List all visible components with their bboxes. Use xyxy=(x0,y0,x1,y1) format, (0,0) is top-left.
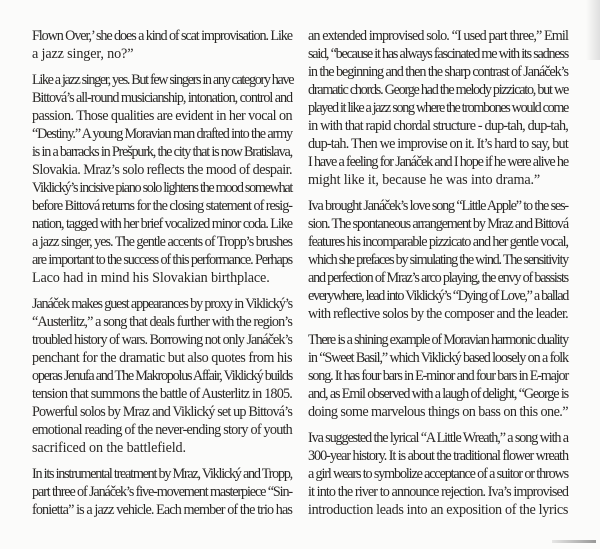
text-line: with reflective solos by the composer an… xyxy=(308,305,568,323)
text-line: played it like a jazz song where the tro… xyxy=(308,99,568,117)
text-line: sion. The spontaneous arrangement by Mra… xyxy=(308,215,568,233)
paragraph: Like a jazz singer, yes. But few singers… xyxy=(32,71,292,287)
text-line: and perfection of Mraz’s arco playing, t… xyxy=(308,269,568,287)
text-line: introduction leads into an exposition of… xyxy=(308,501,568,519)
paragraph: Iva suggested the lyrical “A Little Wrea… xyxy=(308,429,568,519)
text-line: song. It has four bars in E-minor and fo… xyxy=(308,367,568,385)
page-edge-shadow xyxy=(586,0,600,60)
text-line: fonietta” is a jazz vehicle. Each member… xyxy=(32,501,292,519)
text-line: troubled history of wars. Borrowing not … xyxy=(32,331,292,349)
text-line: dramatic chords. George had the melody p… xyxy=(308,81,568,99)
paragraph: There is a shining example of Moravian h… xyxy=(308,331,568,421)
text-line: There is a shining example of Moravian h… xyxy=(308,331,568,349)
text-line: Laco had in mind his Slovakian birthplac… xyxy=(32,269,292,287)
text-line: passion. Those qualities are evident in … xyxy=(32,107,292,125)
text-line: a jazz singer, yes. The gentle accents o… xyxy=(32,233,292,251)
text-line: Iva suggested the lyrical “A Little Wrea… xyxy=(308,429,568,447)
text-line: doing some marvelous things on bass on t… xyxy=(308,403,568,421)
text-line: in with that rapid chordal structure - d… xyxy=(308,117,568,135)
text-line: a girl wears to symbolize acceptance of … xyxy=(308,465,568,483)
text-line: Bittová’s all-round musicianship, intona… xyxy=(32,89,292,107)
page-edge-mark xyxy=(552,540,596,543)
text-line: it into the river to announce rejection.… xyxy=(308,483,568,501)
text-line: Viklický’s incisive piano solo lightens … xyxy=(32,179,292,197)
text-line: in “Sweet Basil,” which Viklický based l… xyxy=(308,349,568,367)
text-line: dup-tah. Then we improvise on it. It’s h… xyxy=(308,135,568,153)
text-line: penchant for the dramatic but also quote… xyxy=(32,349,292,367)
text-line: which she prefaces by simulating the win… xyxy=(308,251,568,269)
text-line: a jazz singer, no?” xyxy=(32,45,292,63)
text-line: sacrificed on the battlefield. xyxy=(32,439,292,457)
text-line: said, “because it has always fascinated … xyxy=(308,45,568,63)
text-line: Slovakia. Mraz’s solo reflects the mood … xyxy=(32,161,292,179)
text-line: might like it, because he was into drama… xyxy=(308,171,568,189)
text-line: everywhere, lead into Viklický’s “Dying … xyxy=(308,287,568,305)
text-line: before Bittová returns for the closing s… xyxy=(32,197,292,215)
text-line: Janáček makes guest appearances by proxy… xyxy=(32,295,292,313)
text-line: an extended improvised solo. “I used par… xyxy=(308,27,568,45)
text-line: are important to the success of this per… xyxy=(32,251,292,269)
booklet-page: Flown Over,’ she does a kind of scat imp… xyxy=(0,0,600,549)
text-line: tension that summons the battle of Auste… xyxy=(32,385,292,403)
text-line: is in a barracks in Prešpurk, the city t… xyxy=(32,143,292,161)
text-line: nation, tagged with her brief vocalized … xyxy=(32,215,292,233)
paragraph: Flown Over,’ she does a kind of scat imp… xyxy=(32,27,292,63)
paragraph: Janáček makes guest appearances by proxy… xyxy=(32,295,292,457)
text-line: part three of Janáček’s five-movement ma… xyxy=(32,483,292,501)
text-line: emotional reading of the never-ending st… xyxy=(32,421,292,439)
text-line: In its instrumental treatment by Mraz, V… xyxy=(32,465,292,483)
text-line: Powerful solos by Mraz and Viklický set … xyxy=(32,403,292,421)
text-line: and, as Emil observed with a laugh of de… xyxy=(308,385,568,403)
text-line: Flown Over,’ she does a kind of scat imp… xyxy=(32,27,292,45)
text-line: “Destiny.” A young Moravian man drafted … xyxy=(32,125,292,143)
text-line: “Austerlitz,” a song that deals further … xyxy=(32,313,292,331)
paragraph: an extended improvised solo. “I used par… xyxy=(308,27,568,189)
text-line: I have a feeling for Janáček and I hope … xyxy=(308,153,568,171)
left-column: Flown Over,’ she does a kind of scat imp… xyxy=(32,27,292,527)
text-line: operas Jenufa and The Makropolus Affair,… xyxy=(32,367,292,385)
text-line: Iva brought Janáček’s love song “Little … xyxy=(308,197,568,215)
text-line: Like a jazz singer, yes. But few singers… xyxy=(32,71,292,89)
text-line: in the beginning and then the sharp cont… xyxy=(308,63,568,81)
text-line: 300-year history. It is about the tradit… xyxy=(308,447,568,465)
text-line: features his incomparable pizzicato and … xyxy=(308,233,568,251)
right-column: an extended improvised solo. “I used par… xyxy=(308,27,568,527)
paragraph: Iva brought Janáček’s love song “Little … xyxy=(308,197,568,323)
paragraph: In its instrumental treatment by Mraz, V… xyxy=(32,465,292,519)
